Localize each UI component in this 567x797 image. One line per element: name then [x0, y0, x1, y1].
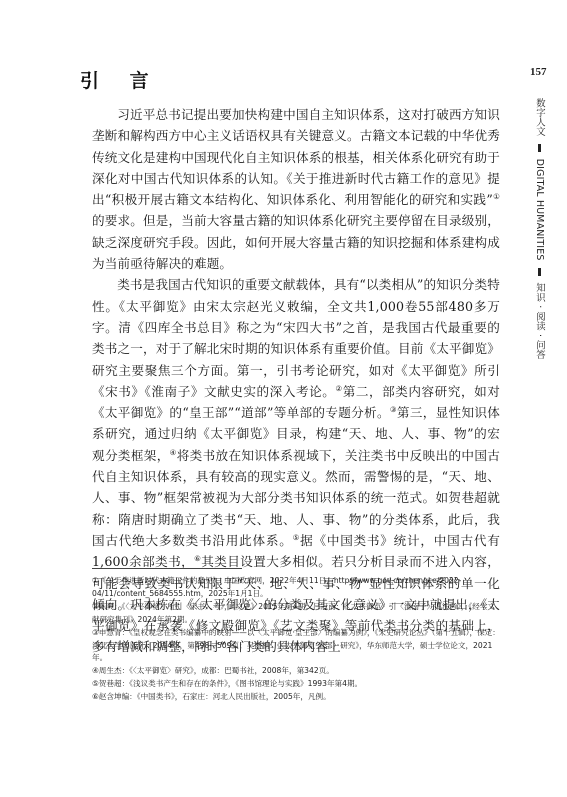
separator-bar-icon	[538, 144, 541, 152]
running-head-cn: 数字人文	[534, 98, 545, 136]
footnote-2: ②陈爽：《〈太平御览〉所引〈宋书〉考》，《文史》2015年第4期；吕冠南：《〈太…	[92, 601, 502, 627]
running-head-topic: 知识 · 阅读 · 问答	[534, 283, 545, 360]
footnote-1: ①《关于推进新时代古籍工作的意见》，中国政府网，2022年4月11日，http:…	[92, 575, 502, 601]
footnote-ref[interactable]: ⑤	[293, 533, 301, 542]
page-number: 157	[530, 66, 547, 78]
footnote-ref[interactable]: ②	[335, 384, 342, 393]
running-head-en: DIGITAL HUMANITIES	[534, 159, 545, 261]
footnote-6: ⑥赵含坤编：《中国类书》，石家庄：河北人民出版社，2005年，凡例。	[92, 691, 502, 704]
text-segment: 的要求。但是，当前大容量古籍的知识体系化研究主要停留在目录级别，缺乏深度研究手段…	[92, 213, 500, 271]
paragraph-intro: 习近平总书记提出要加快构建中国自主知识体系，这对打破西方知识垄断和解构西方中心主…	[92, 104, 500, 274]
footnote-ref[interactable]: ③	[390, 405, 397, 414]
section-title: 引 言	[80, 66, 161, 93]
separator-bar-icon	[538, 268, 541, 276]
footnote-3: ③申慧青：《皇权观念在类书编纂中的映射——以〈太平御览·皇王部〉的编纂为例》，《…	[92, 627, 502, 666]
footnote-5: ⑤贺巷超：《浅议类书产生和存在的条件》，《图书馆理论与实践》1993年第4期。	[92, 678, 502, 691]
footnote-ref[interactable]: ①	[493, 192, 500, 201]
text-segment: 习近平总书记提出要加快构建中国自主知识体系，这对打破西方知识垄断和解构西方中心主…	[92, 107, 500, 207]
footnote-4: ④周生杰：《〈太平御览〉研究》，成都：巴蜀书社，2008年，第342页。	[92, 665, 502, 678]
footnotes: ①《关于推进新时代古籍工作的意见》，中国政府网，2022年4月11日，http:…	[92, 575, 502, 704]
side-running-head: 数字人文 DIGITAL HUMANITIES 知识 · 阅读 · 问答	[530, 98, 548, 360]
footnote-ref[interactable]: ④	[170, 448, 177, 457]
text-segment: 类书是我国古代知识的重要文献载体，具有“以类相从”的知识分类特性。《太平御览》由…	[92, 277, 500, 398]
footnote-divider	[92, 568, 242, 569]
